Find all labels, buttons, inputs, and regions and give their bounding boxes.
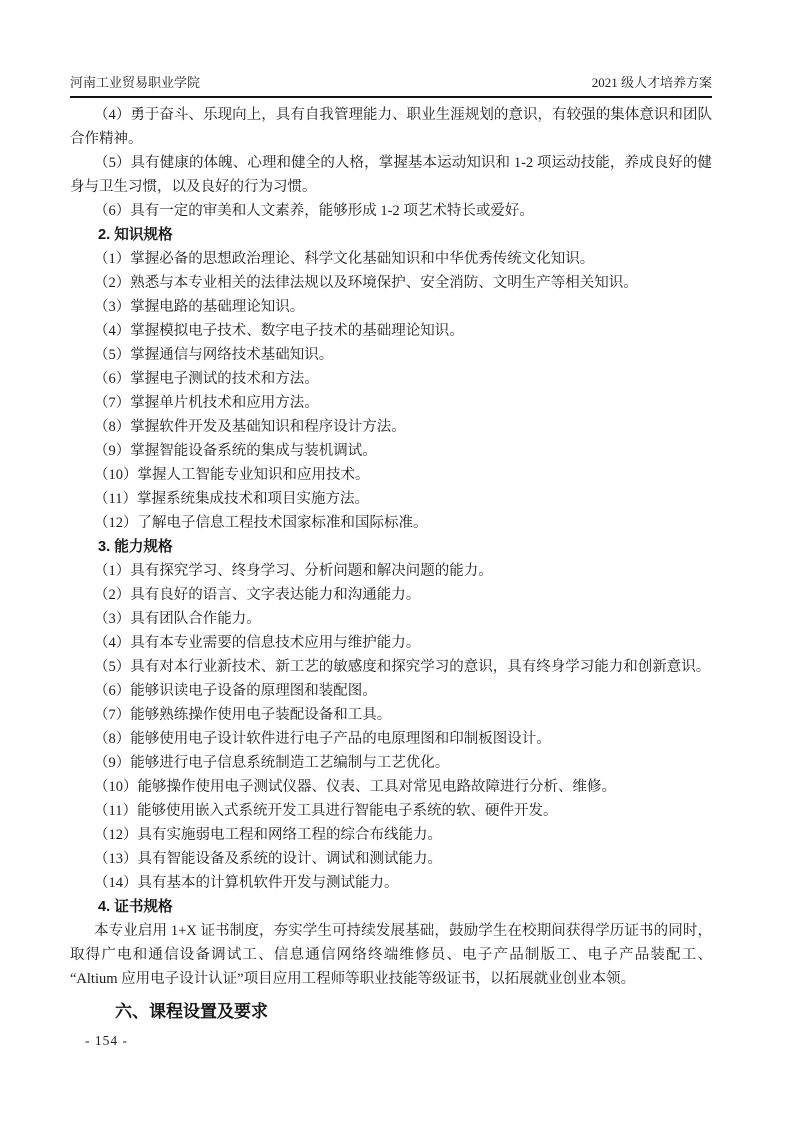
certificate-paragraph: 本专业启用 1+X 证书制度，夯实学生可持续发展基础，鼓励学生在校期间获得学历证… [70,919,712,991]
knowledge-item-12: （12）了解电子信息工程技术国家标准和国际标准。 [70,511,712,535]
knowledge-item-10: （10）掌握人工智能专业知识和应用技术。 [70,463,712,487]
ability-item-12: （12）具有实施弱电工程和网络工程的综合布线能力。 [70,823,712,847]
ability-item-10: （10）能够操作使用电子测试仪器、仪表、工具对常见电路故障进行分析、维修。 [70,775,712,799]
header-plan-title: 2021 级人才培养方案 [592,72,712,91]
ability-item-4: （4）具有本专业需要的信息技术应用与维护能力。 [70,631,712,655]
knowledge-item-7: （7）掌握单片机技术和应用方法。 [70,391,712,415]
knowledge-item-8: （8）掌握软件开发及基础知识和程序设计方法。 [70,415,712,439]
ability-item-13: （13）具有智能设备及系统的设计、调试和测试能力。 [70,847,712,871]
paragraph-quality-item-4: （4）勇于奋斗、乐现向上，具有自我管理能力、职业生涯规划的意识，有较强的集体意识… [70,103,712,151]
header-school-name: 河南工业贸易职业学院 [70,72,200,91]
knowledge-item-6: （6）掌握电子测试的技术和方法。 [70,367,712,391]
page-number: - 154 - [85,1033,128,1049]
ability-item-1: （1）具有探究学习、终身学习、分析问题和解决问题的能力。 [70,559,712,583]
knowledge-spec-heading: 2. 知识规格 [70,223,712,247]
course-setup-section-heading: 六、课程设置及要求 [70,999,712,1025]
ability-item-11: （11）能够使用嵌入式系统开发工具进行智能电子系统的软、硬件开发。 [70,799,712,823]
document-body: （4）勇于奋斗、乐现向上，具有自我管理能力、职业生涯规划的意识，有较强的集体意识… [70,103,712,1025]
certificate-spec-heading: 4. 证书规格 [70,895,712,919]
paragraph-quality-item-6: （6）具有一定的审美和人文素养，能够形成 1-2 项艺术特长或爱好。 [70,199,712,223]
knowledge-item-5: （5）掌握通信与网络技术基础知识。 [70,343,712,367]
knowledge-item-3: （3）掌握电路的基础理论知识。 [70,295,712,319]
ability-item-9: （9）能够进行电子信息系统制造工艺编制与工艺优化。 [70,751,712,775]
paragraph-quality-item-5: （5）具有健康的体魄、心理和健全的人格，掌握基本运动知识和 1-2 项运动技能，… [70,151,712,199]
page-header: 河南工业贸易职业学院 2021 级人才培养方案 [70,72,712,98]
knowledge-item-11: （11）掌握系统集成技术和项目实施方法。 [70,487,712,511]
ability-item-7: （7）能够熟练操作使用电子装配设备和工具。 [70,703,712,727]
ability-item-5: （5）具有对本行业新技术、新工艺的敏感度和探究学习的意识，具有终身学习能力和创新… [70,655,712,679]
ability-item-3: （3）具有团队合作能力。 [70,607,712,631]
ability-item-14: （14）具有基本的计算机软件开发与测试能力。 [70,871,712,895]
knowledge-item-4: （4）掌握模拟电子技术、数字电子技术的基础理论知识。 [70,319,712,343]
knowledge-item-9: （9）掌握智能设备系统的集成与装机调试。 [70,439,712,463]
ability-item-6: （6）能够识读电子设备的原理图和装配图。 [70,679,712,703]
ability-item-8: （8）能够使用电子设计软件进行电子产品的电原理图和印制板图设计。 [70,727,712,751]
ability-item-2: （2）具有良好的语言、文字表达能力和沟通能力。 [70,583,712,607]
knowledge-item-1: （1）掌握必备的思想政治理论、科学文化基础知识和中华优秀传统文化知识。 [70,247,712,271]
knowledge-item-2: （2）熟悉与本专业相关的法律法规以及环境保护、安全消防、文明生产等相关知识。 [70,271,712,295]
ability-spec-heading: 3. 能力规格 [70,535,712,559]
document-page: 河南工业贸易职业学院 2021 级人才培养方案 （4）勇于奋斗、乐现向上，具有自… [0,0,793,1122]
